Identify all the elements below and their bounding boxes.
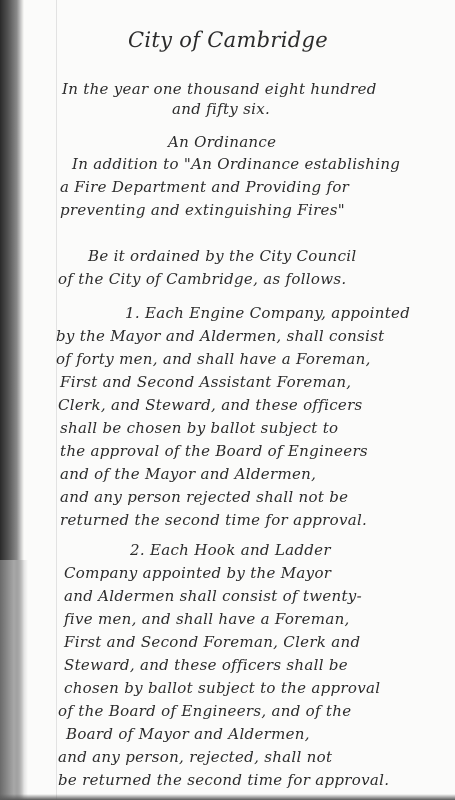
section-2-line: Steward, and these officers shall be	[64, 656, 348, 674]
section-1-line: Clerk, and Steward, and these officers	[58, 396, 363, 414]
section-1-line: by the Mayor and Aldermen, shall consist	[56, 327, 384, 345]
binding-shadow-lower	[0, 560, 28, 800]
section-2-line: First and Second Foreman, Clerk and	[64, 633, 360, 651]
enacting-clause: Be it ordained by the City Council	[88, 247, 356, 265]
section-2-line: five men, and shall have a Foreman,	[64, 610, 350, 628]
year-line-1: In the year one thousand eight hundred	[62, 80, 377, 98]
preamble-line: In addition to "An Ordinance establishin…	[72, 155, 400, 173]
section-2-line: be returned the second time for approval…	[58, 771, 389, 789]
section-2-line: Company appointed by the Mayor	[64, 564, 331, 582]
section-1-line: of forty men, and shall have a Foreman,	[56, 350, 371, 368]
section-1-line: the approval of the Board of Engineers	[60, 442, 368, 460]
section-1-line: 1. Each Engine Company, appointed	[125, 304, 410, 322]
section-1-line: First and Second Assistant Foreman,	[60, 373, 351, 391]
year-line-2: and fifty six.	[172, 100, 270, 118]
enacting-clause: of the City of Cambridge, as follows.	[58, 270, 346, 288]
section-2-line: Board of Mayor and Aldermen,	[66, 725, 310, 743]
section-2-line: and Aldermen shall consist of twenty-	[64, 587, 362, 605]
section-1-line: and any person rejected shall not be	[60, 488, 348, 506]
section-2-line: chosen by ballot subject to the approval	[64, 679, 380, 697]
page-bottom-edge	[0, 794, 455, 800]
section-2-line: of the Board of Engineers, and of the	[58, 702, 351, 720]
section-1-line: shall be chosen by ballot subject to	[60, 419, 338, 437]
preamble-line: a Fire Department and Providing for	[60, 178, 349, 196]
margin-rule	[56, 0, 57, 800]
preamble-line: preventing and extinguishing Fires"	[60, 201, 345, 219]
document-title: City of Cambridge	[128, 28, 328, 52]
section-1-line: and of the Mayor and Aldermen,	[60, 465, 316, 483]
section-1-line: returned the second time for approval.	[60, 511, 367, 529]
section-2-line: and any person, rejected, shall not	[58, 748, 332, 766]
section-2-line: 2. Each Hook and Ladder	[130, 541, 331, 559]
ordinance-heading: An Ordinance	[168, 133, 276, 151]
manuscript-page: City of Cambridge In the year one thousa…	[0, 0, 455, 800]
